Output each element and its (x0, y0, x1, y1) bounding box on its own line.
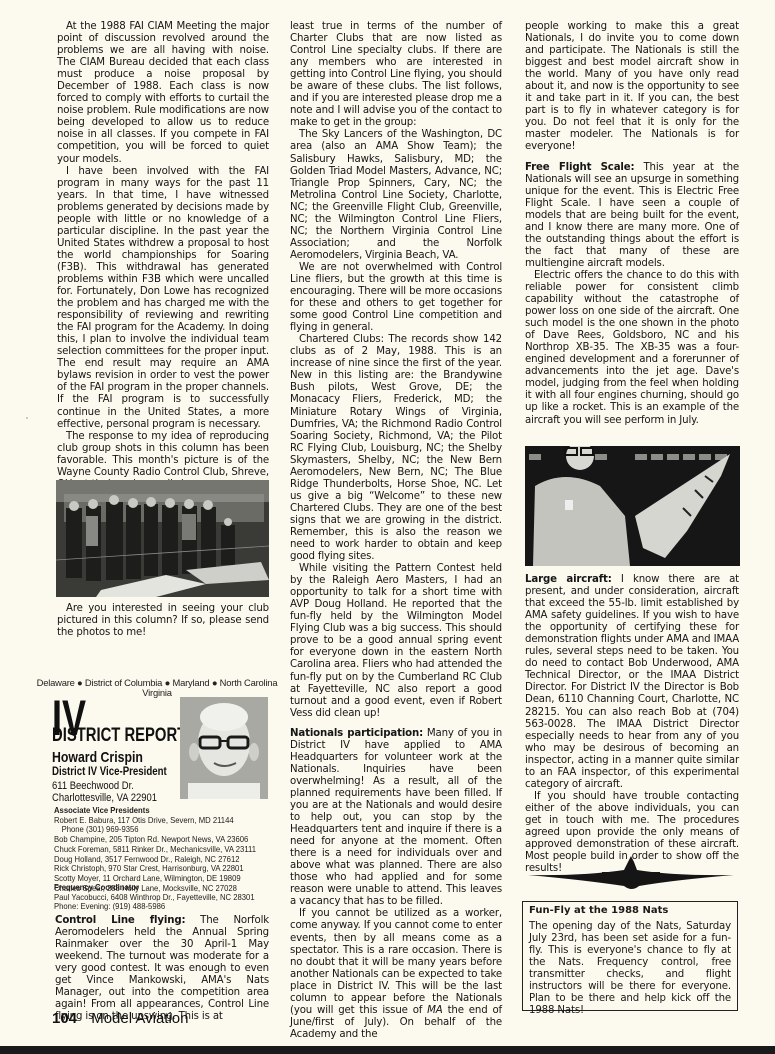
paragraph-pattern-contest: While visiting the Pattern Contest held … (290, 563, 502, 720)
sidebar-title: Fun-Fly at the 1988 Nats (529, 905, 731, 916)
avp-entry: Robert E. Babura, 117 Otis Drive, Severn… (54, 816, 256, 826)
column-1: At the 1988 FAI CIAM Meeting the major p… (57, 21, 269, 491)
vp-address-city: Charlottesville, VA 22901 (52, 792, 157, 804)
publication-name: Model Aviation (91, 1010, 188, 1027)
xb35-photo-image (525, 446, 740, 566)
scan-bottom-edge (0, 1046, 775, 1054)
portrait-image (180, 697, 268, 799)
page-footer: 104 Model Aviation (52, 1010, 189, 1027)
paragraph-electric: Electric offers the chance to do this wi… (525, 270, 739, 427)
magazine-page: At the 1988 FAI CIAM Meeting the major p… (0, 0, 775, 1054)
district-report-title: DISTRICT REPORT (52, 725, 186, 747)
associate-vps: Associate Vice Presidents Robert E. Babu… (54, 806, 256, 893)
fun-fly-sidebar: Fun-Fly at the 1988 Nats The opening day… (522, 901, 738, 1011)
vp-name: Howard Crispin (52, 749, 143, 766)
column-2: least true in terms of the number of Cha… (290, 21, 502, 1041)
avp-entry: Bob Champine, 205 Tipton Rd. Newport New… (54, 835, 256, 845)
club-group-photo-image (56, 480, 269, 597)
avp-phone: Phone (301) 969-9356 (54, 825, 256, 835)
page-number: 104 (52, 1010, 77, 1027)
paragraph-chartered-clubs: Chartered Clubs: The records show 142 cl… (290, 334, 502, 563)
avp-entry: Chuck Foreman, 5811 Rinker Dr., Mechanic… (54, 845, 256, 855)
paragraph-spectator: If you cannot be utilized as a worker, c… (290, 908, 502, 1041)
scan-speck (26, 417, 28, 419)
column-3: people working to make this a great Nati… (525, 21, 739, 427)
control-line-section: Control Line flying: The Norfolk Aeromod… (55, 915, 269, 1023)
club-photo-request: Are you interested in seeing your club p… (57, 603, 269, 639)
xb35-photo (525, 446, 740, 566)
avp-entry: Rick Christoph, 970 Star Crest, Harrison… (54, 864, 256, 874)
frequency-coordinator: Frequency Coordinator Paul Yacobucci, 64… (54, 883, 255, 912)
control-line-heading: Control Line flying: (55, 915, 185, 926)
sidebar-body: The opening day of the Nats, Saturday Ju… (529, 921, 731, 1017)
paragraph-fai-program: I have been involved with the FAI progra… (57, 166, 269, 431)
nationals-participation: Nationals participation: Many of you in … (290, 728, 502, 909)
vp-portrait-photo (180, 697, 268, 799)
large-aircraft-section: Large aircraft: I know there are at pres… (525, 574, 739, 875)
vp-address-street: 611 Beechwood Dr. (52, 780, 134, 792)
vp-title: District IV Vice-President (52, 766, 167, 778)
club-group-photo (56, 480, 269, 597)
large-aircraft-heading: Large aircraft: (525, 574, 612, 585)
airplane-silhouette-icon (524, 856, 739, 896)
free-flight-scale: Free Flight Scale: This year at the Nati… (525, 162, 739, 270)
paragraph-fai-noise: At the 1988 FAI CIAM Meeting the major p… (57, 21, 269, 166)
avp-entry: Doug Holland, 3517 Fernwood Dr., Raleigh… (54, 855, 256, 865)
paragraph-cl-clubs: The Sky Lancers of the Washington, DC ar… (290, 129, 502, 262)
